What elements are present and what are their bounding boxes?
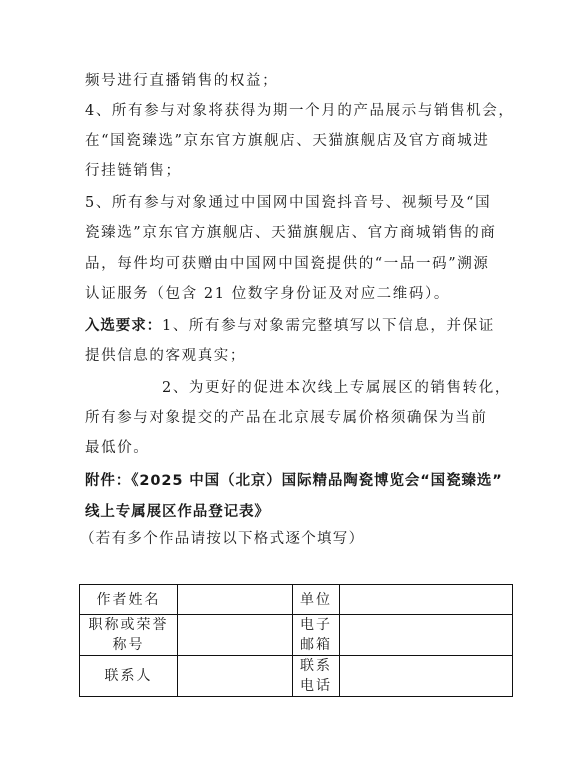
- contact-person-label: 联系人: [80, 656, 178, 697]
- paragraph-line: 认证服务（包含 21 位数字身份证及对应二维码）。: [85, 285, 450, 303]
- organization-label: 单位: [293, 585, 340, 615]
- paragraph-line: 行挂链销售；: [85, 162, 182, 180]
- attachment-title-cont: 线上专属展区作品登记表》: [85, 503, 270, 521]
- attachment-title: 附件：《2025 中国（北京）国际精品陶瓷博览会“国瓷臻选”: [85, 472, 503, 490]
- requirement-1-cont: 提供信息的客观真实；: [85, 347, 246, 365]
- requirement-1-text: 1、所有参与对象需完整填写以下信息，并保证: [162, 318, 495, 334]
- title-honor-label: 职称或荣誉称号: [80, 615, 178, 656]
- table-row: 职称或荣誉称号 电子邮箱: [80, 615, 513, 656]
- paragraph-line: 在“国瓷臻选”京东官方旗舰店、天猫旗舰店及官方商城进: [85, 132, 489, 150]
- contact-person-field[interactable]: [178, 656, 293, 697]
- author-name-field[interactable]: [178, 585, 293, 615]
- paragraph-line: 频号进行直播销售的权益；: [85, 72, 278, 90]
- paragraph-line: 品，每件均可获赠由中国网中国瓷提供的“一品一码”溯源: [85, 255, 489, 273]
- requirements-label: 入选要求：: [85, 318, 162, 334]
- registration-form-table: 作者姓名 单位 职称或荣誉称号 电子邮箱 联系人 联系电话: [79, 584, 513, 697]
- paragraph-line: 5、所有参与对象通过中国网中国瓷抖音号、视频号及“国: [85, 194, 491, 212]
- requirement-2-cont: 所有参与对象提交的产品在北京展专属价格须确保为当前: [85, 409, 488, 427]
- email-field[interactable]: [340, 615, 513, 656]
- email-label: 电子邮箱: [293, 615, 340, 656]
- table-row: 联系人 联系电话: [80, 656, 513, 697]
- phone-label: 联系电话: [293, 656, 340, 697]
- requirements-line-1: 入选要求：1、所有参与对象需完整填写以下信息，并保证: [85, 317, 495, 335]
- title-honor-field[interactable]: [178, 615, 293, 656]
- requirement-2-text: 2、为更好的促进本次线上专属展区的销售转化，: [162, 379, 511, 397]
- table-row: 作者姓名 单位: [80, 585, 513, 615]
- attachment-note: （若有多个作品请按以下格式逐个填写）: [80, 530, 364, 548]
- paragraph-line: 4、所有参与对象将获得为期一个月的产品展示与销售机会，: [85, 102, 514, 120]
- organization-field[interactable]: [340, 585, 513, 615]
- phone-field[interactable]: [340, 656, 513, 697]
- author-name-label: 作者姓名: [80, 585, 178, 615]
- paragraph-line: 瓷臻选”京东官方旗舰店、天猫旗舰店、官方商城销售的商: [85, 224, 497, 242]
- requirement-2-cont: 最低价。: [85, 439, 149, 457]
